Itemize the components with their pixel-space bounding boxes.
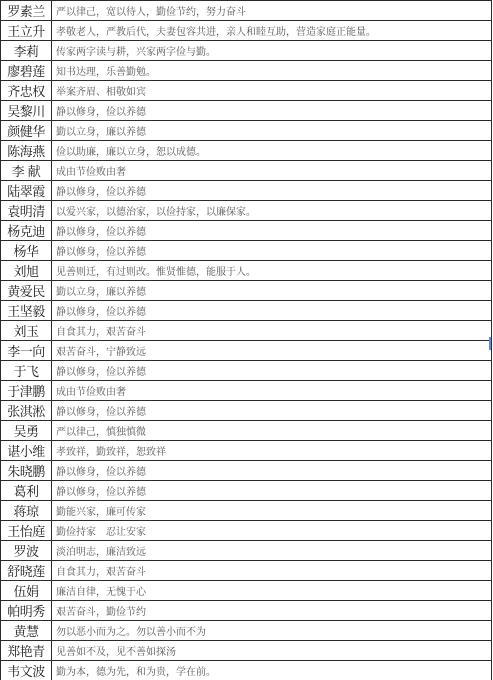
table-row: 刘旭见善则迁，有过则改。惟贤惟德，能服于人。 (1, 261, 492, 281)
motto-cell[interactable]: 见善如不及，见不善如探汤 (52, 641, 492, 661)
table-row: 韦文波勤为本，德为先，和为贵，学在前。 (1, 661, 492, 680)
name-cell[interactable]: 王立升 (1, 21, 52, 41)
table-row: 朱晓鹏静以修身，俭以养德 (1, 461, 492, 481)
motto-cell[interactable]: 严以律己，慎独慎微 (52, 421, 492, 441)
motto-cell[interactable]: 孝敬老人，严教后代，夫妻包容共进，亲人和睦互助，营造家庭正能量。 (52, 21, 492, 41)
motto-cell[interactable]: 淡泊明志，廉洁致远 (52, 541, 492, 561)
table-row: 黄爱民勤以立身，廉以养德 (1, 281, 492, 301)
table-row: 郑艳青见善如不及，见不善如探汤 (1, 641, 492, 661)
name-cell[interactable]: 伍娟 (1, 581, 52, 601)
motto-cell[interactable]: 见善则迁，有过则改。惟贤惟德，能服于人。 (52, 261, 492, 281)
motto-cell[interactable]: 孝致祥，勤致祥，恕致祥 (52, 441, 492, 461)
motto-cell[interactable]: 俭以助廉，廉以立身，恕以成德。 (52, 141, 492, 161)
motto-cell[interactable]: 静以修身，俭以养德 (52, 461, 492, 481)
table-row: 伍娟廉洁自律，无愧于心 (1, 581, 492, 601)
table-row: 罗素兰严以律己，宽以待人，勤俭节约，努力奋斗 (1, 1, 492, 21)
motto-cell[interactable]: 静以修身，俭以养德 (52, 361, 492, 381)
motto-cell[interactable]: 静以修身，俭以养德 (52, 181, 492, 201)
motto-cell[interactable]: 静以修身，俭以养德 (52, 481, 492, 501)
table-row: 陆翠霞静以修身，俭以养德 (1, 181, 492, 201)
name-cell[interactable]: 黄爱民 (1, 281, 52, 301)
name-cell[interactable]: 袁明清 (1, 201, 52, 221)
name-cell[interactable]: 舒晓莲 (1, 561, 52, 581)
name-cell[interactable]: 李 献 (1, 161, 52, 181)
name-cell[interactable]: 韦文波 (1, 661, 52, 680)
motto-cell[interactable]: 严以律己，宽以待人，勤俭节约，努力奋斗 (52, 1, 492, 21)
table-row: 葛利静以修身，俭以养德 (1, 481, 492, 501)
name-cell[interactable]: 罗波 (1, 541, 52, 561)
table-row: 李 献成由节俭败由奢 (1, 161, 492, 181)
motto-cell[interactable]: 静以修身，俭以养德 (52, 241, 492, 261)
motto-cell[interactable]: 勿以恶小而为之。勿以善小而不为 (52, 621, 492, 641)
table-row: 刘玉自食其力，艰苦奋斗 (1, 321, 492, 341)
name-cell[interactable]: 刘旭 (1, 261, 52, 281)
table-row: 王怡庭勤俭持家 忍让安家 (1, 521, 492, 541)
motto-cell[interactable]: 成由节俭败由奢 (52, 381, 492, 401)
motto-cell[interactable]: 艰苦奋斗，宁静致远 (52, 341, 492, 361)
table-row: 于津鹏成由节俭败由奢 (1, 381, 492, 401)
table-row: 杨华静以修身，俭以养德 (1, 241, 492, 261)
motto-cell[interactable]: 静以修身，俭以养德 (52, 221, 492, 241)
name-cell[interactable]: 李一向 (1, 341, 52, 361)
motto-cell[interactable]: 勤为本，德为先，和为贵，学在前。 (52, 661, 492, 680)
table-row: 袁明清以爱兴家，以德治家，以俭持家，以廉保家。 (1, 201, 492, 221)
name-cell[interactable]: 张淇淞 (1, 401, 52, 421)
name-cell[interactable]: 陆翠霞 (1, 181, 52, 201)
table-row: 于飞静以修身，俭以养德 (1, 361, 492, 381)
table-row: 齐忠权举案齐眉、相敬如宾 (1, 81, 492, 101)
table-row: 吴勇严以律己，慎独慎微 (1, 421, 492, 441)
table-row: 罗波淡泊明志，廉洁致远 (1, 541, 492, 561)
motto-cell[interactable]: 勤以立身，廉以养德 (52, 281, 492, 301)
name-cell[interactable]: 颜健华 (1, 121, 52, 141)
motto-cell[interactable]: 传家两字读与耕，兴家两字俭与勤。 (52, 41, 492, 61)
motto-cell[interactable]: 勤以立身，廉以养德 (52, 121, 492, 141)
motto-cell[interactable]: 廉洁自律，无愧于心 (52, 581, 492, 601)
name-cell[interactable]: 帕明秀 (1, 601, 52, 621)
motto-cell[interactable]: 勤能兴家，廉可传家 (52, 501, 492, 521)
family-motto-table: 罗素兰严以律己，宽以待人，勤俭节约，努力奋斗王立升孝敬老人，严教后代，夫妻包容共… (0, 0, 492, 680)
motto-cell[interactable]: 成由节俭败由奢 (52, 161, 492, 181)
name-cell[interactable]: 吴黎川 (1, 101, 52, 121)
name-cell[interactable]: 于飞 (1, 361, 52, 381)
table-row: 廖碧莲知书达理，乐善勤勉。 (1, 61, 492, 81)
table-row: 王坚毅静以修身，俭以养德 (1, 301, 492, 321)
name-cell[interactable]: 谌小维 (1, 441, 52, 461)
motto-cell[interactable]: 艰苦奋斗，勤俭节约 (52, 601, 492, 621)
table-row: 吴黎川静以修身，俭以养德 (1, 101, 492, 121)
motto-cell[interactable]: 静以修身，俭以养德 (52, 401, 492, 421)
name-cell[interactable]: 廖碧莲 (1, 61, 52, 81)
table-row: 黄慧勿以恶小而为之。勿以善小而不为 (1, 621, 492, 641)
table-row: 陈海燕俭以助廉，廉以立身，恕以成德。 (1, 141, 492, 161)
name-cell[interactable]: 杨克迪 (1, 221, 52, 241)
motto-cell[interactable]: 举案齐眉、相敬如宾 (52, 81, 492, 101)
name-cell[interactable]: 李莉 (1, 41, 52, 61)
name-cell[interactable]: 齐忠权 (1, 81, 52, 101)
motto-cell[interactable]: 自食其力，艰苦奋斗 (52, 561, 492, 581)
name-cell[interactable]: 朱晓鹏 (1, 461, 52, 481)
motto-cell[interactable]: 勤俭持家 忍让安家 (52, 521, 492, 541)
table-row: 杨克迪静以修身，俭以养德 (1, 221, 492, 241)
motto-cell[interactable]: 以爱兴家，以德治家，以俭持家，以廉保家。 (52, 201, 492, 221)
table-row: 李一向艰苦奋斗，宁静致远 (1, 341, 492, 361)
name-cell[interactable]: 黄慧 (1, 621, 52, 641)
motto-cell[interactable]: 知书达理，乐善勤勉。 (52, 61, 492, 81)
name-cell[interactable]: 陈海燕 (1, 141, 52, 161)
table-row: 颜健华勤以立身，廉以养德 (1, 121, 492, 141)
table-row: 舒晓莲自食其力，艰苦奋斗 (1, 561, 492, 581)
text-cursor-marker (489, 337, 491, 350)
name-cell[interactable]: 罗素兰 (1, 1, 52, 21)
name-cell[interactable]: 郑艳青 (1, 641, 52, 661)
motto-cell[interactable]: 自食其力，艰苦奋斗 (52, 321, 492, 341)
table-row: 谌小维孝致祥，勤致祥，恕致祥 (1, 441, 492, 461)
name-cell[interactable]: 刘玉 (1, 321, 52, 341)
table-row: 蒋琼勤能兴家，廉可传家 (1, 501, 492, 521)
name-cell[interactable]: 王怡庭 (1, 521, 52, 541)
name-cell[interactable]: 于津鹏 (1, 381, 52, 401)
motto-cell[interactable]: 静以修身，俭以养德 (52, 101, 492, 121)
table-row: 帕明秀艰苦奋斗，勤俭节约 (1, 601, 492, 621)
table-row: 张淇淞静以修身，俭以养德 (1, 401, 492, 421)
table-body: 罗素兰严以律己，宽以待人，勤俭节约，努力奋斗王立升孝敬老人，严教后代，夫妻包容共… (1, 1, 492, 680)
name-cell[interactable]: 吴勇 (1, 421, 52, 441)
name-cell[interactable]: 王坚毅 (1, 301, 52, 321)
table-row: 王立升孝敬老人，严教后代，夫妻包容共进，亲人和睦互助，营造家庭正能量。 (1, 21, 492, 41)
table-row: 李莉传家两字读与耕，兴家两字俭与勤。 (1, 41, 492, 61)
name-cell[interactable]: 杨华 (1, 241, 52, 261)
name-cell[interactable]: 蒋琼 (1, 501, 52, 521)
motto-cell[interactable]: 静以修身，俭以养德 (52, 301, 492, 321)
name-cell[interactable]: 葛利 (1, 481, 52, 501)
